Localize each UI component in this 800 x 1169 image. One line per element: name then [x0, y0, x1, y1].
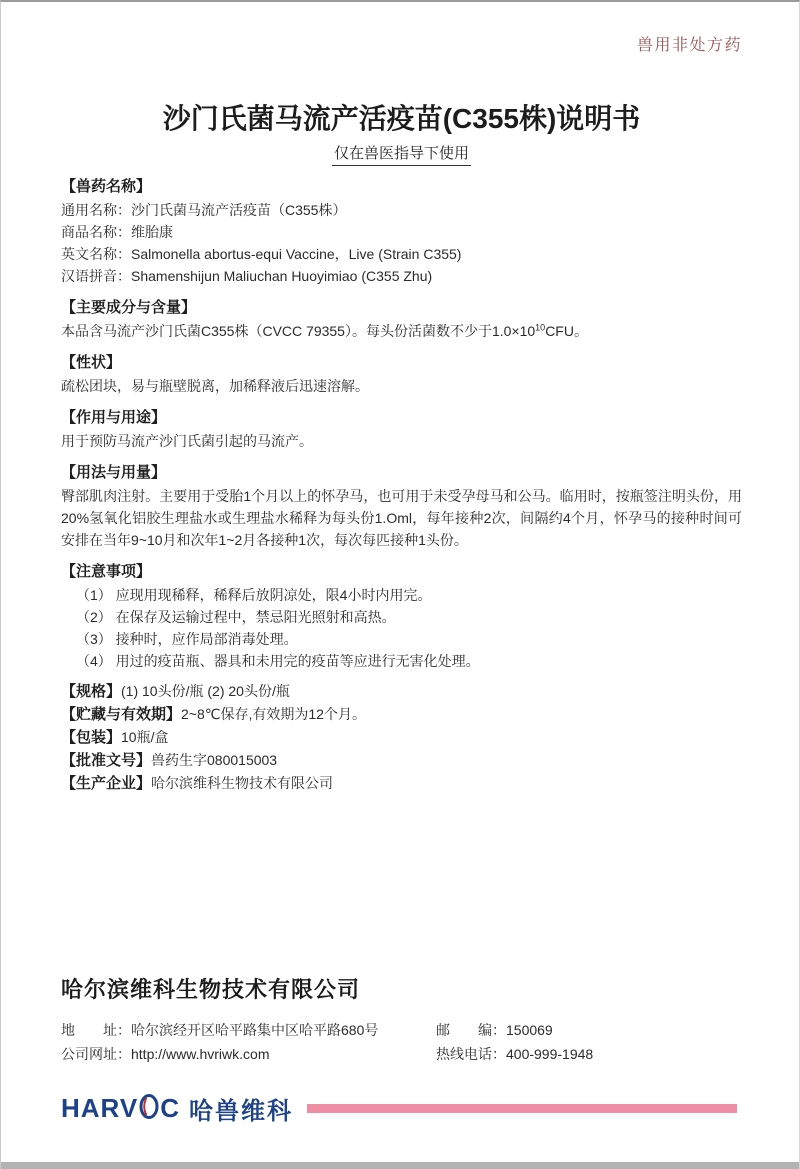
harvac-emblem-icon — [139, 1094, 159, 1126]
footer-row-contact: 公司网址：http://www.hvriwk.com 热线电话：400-999-… — [61, 1042, 742, 1066]
harvac-logo: HARVC 哈兽维科 — [61, 1091, 293, 1126]
page-bottom-edge — [1, 1162, 799, 1169]
harvac-logo-text: HARVC — [61, 1092, 180, 1126]
composition-text-pre: 本品含马流产沙门氏菌C355株（CVCC 79355）。每头份活菌数不少于1.0… — [61, 323, 535, 339]
section-title-precautions: 【注意事项】 — [61, 561, 742, 582]
row-label: 商品名称： — [61, 224, 131, 240]
row-value: 维胎康 — [131, 224, 173, 240]
row-value: Salmonella abortus-equi Vaccine，Live (St… — [131, 246, 461, 262]
usage-restriction-subtitle: 仅在兽医指导下使用 — [332, 144, 471, 166]
package-label: 【包装】 — [61, 729, 121, 746]
spec-value: (1) 10头份/瓶 (2) 20头份/瓶 — [121, 683, 290, 699]
section-title-drug-name: 【兽药名称】 — [61, 176, 742, 197]
footer-row-address: 地 址：哈尔滨经开区哈平路集中区哈平路680号 邮 编：150069 — [61, 1018, 742, 1042]
address-value: 哈尔滨经开区哈平路集中区哈平路680号 — [131, 1022, 378, 1038]
precaution-item-2: （2） 在保存及运输过程中，禁忌阳光照射和高热。 — [61, 606, 742, 628]
section-title-character: 【性状】 — [61, 352, 742, 373]
row-value: 沙门氏菌马流产活疫苗（C355株） — [131, 202, 346, 218]
exponent: 10 — [535, 322, 545, 332]
zip-value: 150069 — [506, 1022, 553, 1038]
harvac-logo-chinese: 哈兽维科 — [189, 1091, 293, 1126]
approval-label: 【批准文号】 — [61, 752, 151, 769]
composition-text: 本品含马流产沙门氏菌C355株（CVCC 79355）。每头份活菌数不少于1.0… — [61, 320, 742, 342]
section-title-function: 【作用与用途】 — [61, 407, 742, 428]
manufacturer-line: 【生产企业】哈尔滨维科生物技术有限公司 — [61, 772, 742, 795]
zip-label: 邮 编： — [436, 1022, 506, 1038]
accent-pink-bar — [307, 1104, 737, 1113]
character-text: 疏松团块，易与瓶壁脱离，加稀释液后迅速溶解。 — [61, 375, 742, 397]
hotline-label: 热线电话： — [436, 1046, 506, 1062]
storage-label: 【贮藏与有效期】 — [61, 706, 181, 723]
brand-row: HARVC 哈兽维科 — [61, 1091, 737, 1126]
approval-value: 兽药生字080015003 — [151, 752, 277, 768]
storage-line: 【贮藏与有效期】2~8℃保存,有效期为12个月。 — [61, 703, 742, 726]
section-title-composition: 【主要成分与含量】 — [61, 297, 742, 318]
section-title-usage: 【用法与用量】 — [61, 462, 742, 483]
composition-text-post: CFU。 — [545, 323, 588, 339]
company-name: 哈尔滨维科生物技术有限公司 — [61, 976, 742, 1003]
website-label: 公司网址： — [61, 1046, 131, 1062]
storage-value: 2~8℃保存,有效期为12个月。 — [181, 706, 366, 722]
drug-name-row-trade: 商品名称：维胎康 — [61, 221, 742, 243]
row-label: 英文名称： — [61, 246, 131, 262]
function-text: 用于预防马流产沙门氏菌引起的马流产。 — [61, 430, 742, 452]
precaution-item-3: （3） 接种时，应作局部消毒处理。 — [61, 628, 742, 650]
row-value: Shamenshijun Maliuchan Huoyimiao (C355 Z… — [131, 268, 432, 284]
subtitle-row: 仅在兽医指导下使用 — [61, 144, 742, 166]
page-title: 沙门氏菌马流产活疫苗(C355株)说明书 — [61, 101, 742, 137]
hotline-value: 400-999-1948 — [506, 1046, 593, 1062]
package-value: 10瓶/盒 — [121, 729, 168, 745]
precaution-item-4: （4） 用过的疫苗瓶、器具和未用完的疫苗等应进行无害化处理。 — [61, 650, 742, 672]
drug-name-row-pinyin: 汉语拼音：Shamenshijun Maliuchan Huoyimiao (C… — [61, 265, 742, 287]
usage-text: 臀部肌肉注射。主要用于受胎1个月以上的怀孕马，也可用于未受孕母马和公马。临用时，… — [61, 485, 742, 551]
drug-name-row-generic: 通用名称：沙门氏菌马流产活疫苗（C355株） — [61, 199, 742, 221]
package-line: 【包装】10瓶/盒 — [61, 726, 742, 749]
instruction-sheet-page: 兽用非处方药 沙门氏菌马流产活疫苗(C355株)说明书 仅在兽医指导下使用 【兽… — [0, 0, 800, 1169]
row-label: 汉语拼音： — [61, 268, 131, 284]
otc-classification-label: 兽用非处方药 — [61, 2, 742, 57]
footer-company-block: 哈尔滨维科生物技术有限公司 地 址：哈尔滨经开区哈平路集中区哈平路680号 邮 … — [61, 976, 742, 1066]
manufacturer-value: 哈尔滨维科生物技术有限公司 — [151, 775, 333, 791]
logo-text-pre: HARV — [61, 1093, 138, 1124]
approval-line: 【批准文号】兽药生字080015003 — [61, 749, 742, 772]
manufacturer-label: 【生产企业】 — [61, 775, 151, 792]
row-label: 通用名称： — [61, 202, 131, 218]
logo-text-post: C — [160, 1093, 180, 1124]
spec-label: 【规格】 — [61, 683, 121, 700]
precaution-item-1: （1） 应现用现稀释，稀释后放阴凉处，限4小时内用完。 — [61, 584, 742, 606]
drug-name-row-english: 英文名称：Salmonella abortus-equi Vaccine，Liv… — [61, 243, 742, 265]
address-label: 地 址： — [61, 1022, 131, 1038]
website-value: http://www.hvriwk.com — [131, 1046, 269, 1062]
spec-line: 【规格】(1) 10头份/瓶 (2) 20头份/瓶 — [61, 680, 742, 703]
